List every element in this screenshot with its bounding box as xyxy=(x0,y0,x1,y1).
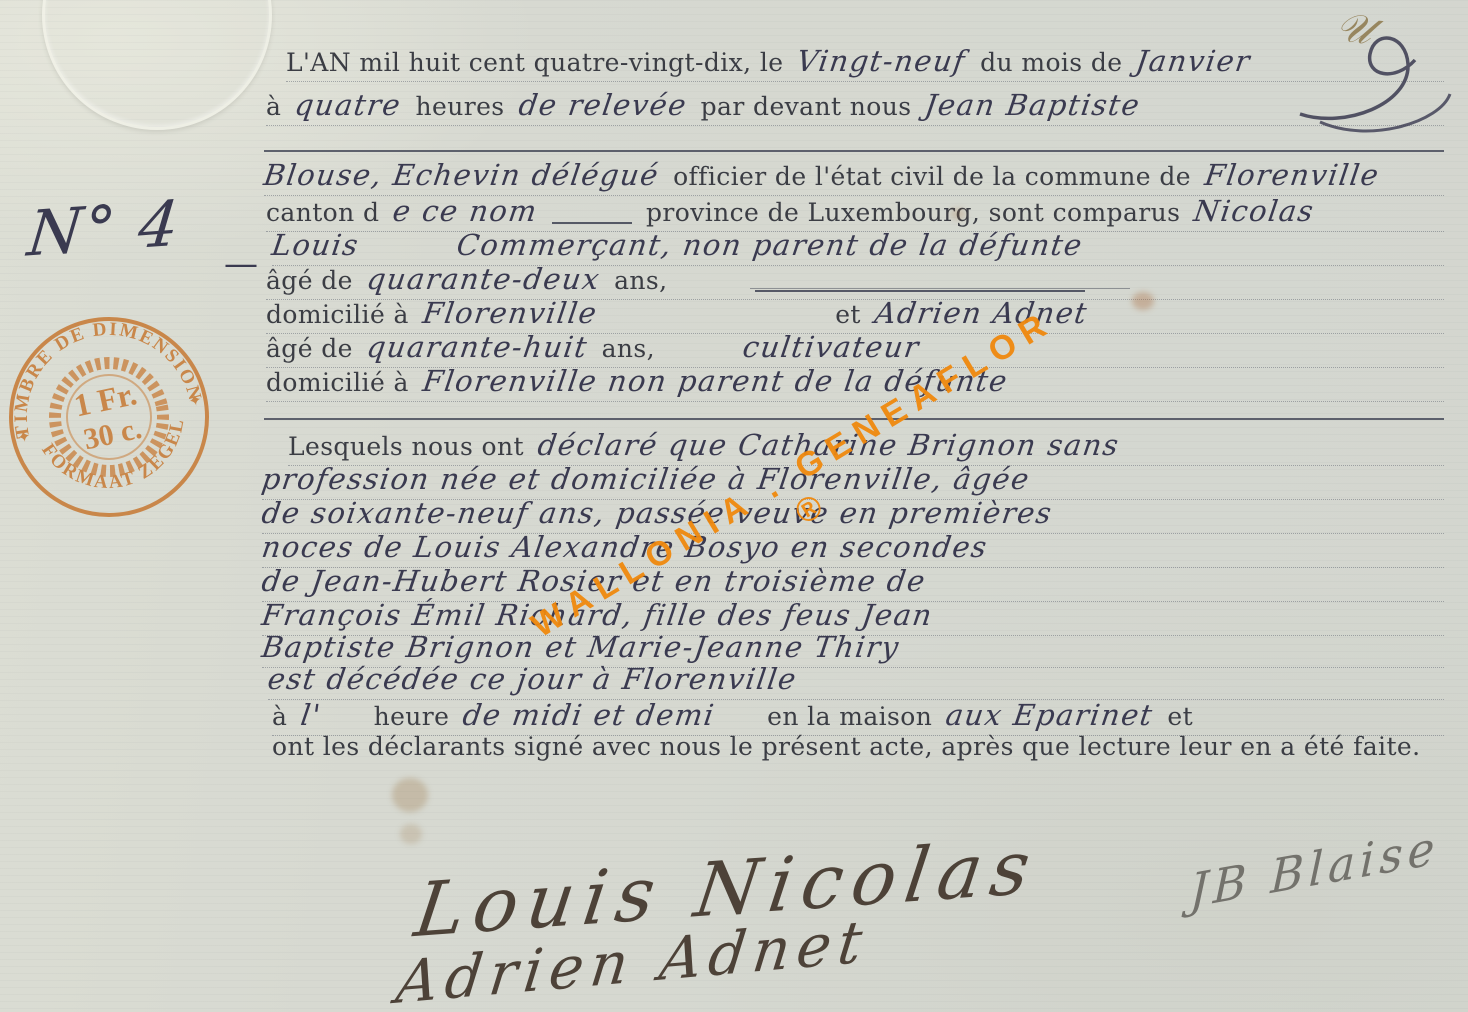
printed-text: province de Luxembourg, sont comparus xyxy=(646,198,1180,227)
filled-rule xyxy=(552,222,632,224)
act-line: âgé dequarante-huitans,cultivateur xyxy=(266,330,1444,368)
act-line: canton de ce nomprovince de Luxembourg, … xyxy=(266,194,1444,232)
printed-text: officier de l'état civil de la commune d… xyxy=(673,162,1191,191)
act-line: àquatreheuresde relevéepar devant nousJe… xyxy=(266,88,1444,126)
handwritten-text: François Émil Richard, fille des feus Je… xyxy=(260,598,936,632)
handwritten-text: Vingt-neuf xyxy=(795,44,968,78)
handwritten-text: quarante-deux xyxy=(364,262,602,296)
handwritten-text: quarante-huit xyxy=(364,330,590,364)
printed-text: canton d xyxy=(266,198,379,227)
printed-text: âgé de xyxy=(266,334,353,363)
handwritten-text: e ce nom xyxy=(391,194,540,228)
signature: JB Blaise xyxy=(1189,819,1440,918)
stain xyxy=(392,778,428,812)
filled-rule xyxy=(755,290,1085,292)
handwritten-text: aux Eparinet xyxy=(944,698,1156,732)
handwritten-text: Blouse, Echevin délégué xyxy=(262,158,662,192)
document-page: N° 4 — TIMBRE DE DIMENSION FORMAAT ZEGEL… xyxy=(0,0,1468,1012)
printed-text: Lesquels nous ont xyxy=(288,432,524,461)
revenue-stamp: TIMBRE DE DIMENSION FORMAAT ZEGEL ✦ ✦ 1 … xyxy=(0,290,236,544)
printed-text: en la maison xyxy=(767,702,932,731)
handwritten-text: Jean Baptiste xyxy=(923,88,1143,122)
handwritten-text: cultivateur xyxy=(741,330,922,364)
handwritten-text: est décédée ce jour à Florenville xyxy=(266,662,800,696)
handwritten-text: Adrien Adnet xyxy=(873,296,1090,330)
handwritten-text: Nicolas xyxy=(1192,194,1317,228)
handwritten-text: Baptiste Brignon et Marie-Jeanne Thiry xyxy=(260,630,902,664)
handwritten-text: de relevée xyxy=(516,88,689,122)
stain xyxy=(400,824,422,844)
printed-text: ans, xyxy=(614,266,667,295)
pencil-flourish: 𝒰 xyxy=(1333,4,1375,55)
handwritten-text: de midi et demi xyxy=(461,698,718,732)
act-line: ont les déclarants signé avec nous le pr… xyxy=(272,732,1444,764)
handwritten-text: quatre xyxy=(293,88,404,122)
handwritten-text: l' xyxy=(299,698,324,732)
handwritten-text: Louis xyxy=(270,228,362,262)
act-line: domicilié àFlorenvilleetAdrien Adnet xyxy=(266,296,1444,334)
act-line: âgé dequarante-deuxans, xyxy=(266,262,1444,300)
act-number: N° 4 xyxy=(24,186,184,270)
printed-text: domicilié à xyxy=(266,300,409,329)
handwritten-text: de soixante-neuf ans, passée veuve en pr… xyxy=(260,496,1055,530)
printed-text: et xyxy=(1167,702,1193,731)
printed-text: domicilié à xyxy=(266,368,409,397)
act-line: de soixante-neuf ans, passée veuve en pr… xyxy=(262,496,1444,534)
handwritten-text: Florenville non parent de la défunte xyxy=(420,364,1010,398)
handwritten-text: profession née et domiciliée à Florenvil… xyxy=(260,462,1033,496)
printed-text: à xyxy=(272,702,287,731)
handwritten-text: déclaré que Catharine Brignon sans xyxy=(536,428,1122,462)
ruled-line xyxy=(264,418,1444,420)
handwritten-text: de Jean-Hubert Rosier et en troisième de xyxy=(260,564,929,598)
handwritten-text: Florenville xyxy=(420,296,599,330)
handwritten-text: Commerçant, non parent de la défunte xyxy=(455,228,1086,262)
act-line: Blouse, Echevin déléguéofficier de l'éta… xyxy=(264,158,1444,196)
printed-text: L'AN mil huit cent quatre-vingt-dix, le xyxy=(286,48,783,77)
act-line: de Jean-Hubert Rosier et en troisième de xyxy=(262,564,1444,602)
printed-text: ans, xyxy=(602,334,655,363)
ruled-line xyxy=(264,150,1444,152)
printed-text: par devant nous xyxy=(701,92,912,121)
act-line: àl'heurede midi et demien la maisonaux E… xyxy=(272,698,1444,736)
margin-dash: — xyxy=(224,244,258,284)
stain xyxy=(1132,292,1154,310)
stain xyxy=(950,208,966,220)
act-line: noces de Louis Alexandre Bosyo en second… xyxy=(262,530,1444,568)
printed-text: ont les déclarants signé avec nous le pr… xyxy=(272,732,1420,761)
ink-flourish xyxy=(1290,0,1460,134)
printed-text: heures xyxy=(416,92,505,121)
printed-text: du mois de xyxy=(980,48,1122,77)
printed-text: heure xyxy=(374,702,450,731)
act-line: Lesquels nous ontdéclaré que Catharine B… xyxy=(288,428,1444,466)
act-line: profession née et domiciliée à Florenvil… xyxy=(262,462,1444,500)
printed-text: âgé de xyxy=(266,266,353,295)
embossed-seal xyxy=(42,0,272,130)
printed-text: et xyxy=(835,300,861,329)
handwritten-text: noces de Louis Alexandre Bosyo en second… xyxy=(260,530,990,564)
act-line: LouisCommerçant, non parent de la défunt… xyxy=(272,228,1444,266)
act-line: est décédée ce jour à Florenville xyxy=(268,662,1444,700)
printed-text: à xyxy=(266,92,281,121)
handwritten-text: Janvier xyxy=(1134,44,1254,78)
act-line: L'AN mil huit cent quatre-vingt-dix, leV… xyxy=(286,44,1444,82)
act-line: domicilié àFlorenville non parent de la … xyxy=(266,364,1444,402)
handwritten-text: Florenville xyxy=(1203,158,1382,192)
